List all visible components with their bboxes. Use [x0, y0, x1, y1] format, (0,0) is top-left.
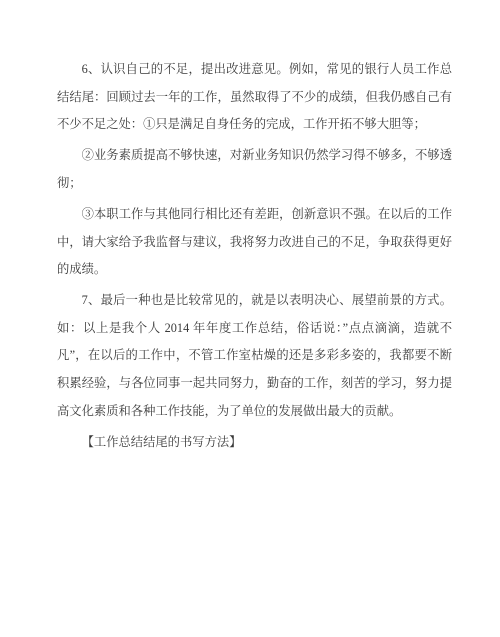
section-heading: 【工作总结结尾的书写方法】 — [57, 429, 452, 457]
paragraph-point-6-item-2: ②业务素质提高不够快速，对新业务知识仍然学习得不够多，不够透彻； — [57, 142, 452, 197]
paragraph-point-6-item-3: ③本职工作与其他同行相比还有差距，创新意识不强。在以后的工作中，请大家给予我监督… — [57, 201, 452, 284]
document-page: 6、认识自己的不足，提出改进意见。例如，常见的银行人员工作总结结尾：回顾过去一年… — [0, 0, 500, 637]
paragraph-point-6: 6、认识自己的不足，提出改进意见。例如，常见的银行人员工作总结结尾：回顾过去一年… — [57, 56, 452, 139]
paragraph-point-7: 7、最后一种也是比较常见的，就是以表明决心、展望前景的方式。如：以上是我个人 2… — [57, 287, 452, 425]
document-body: 6、认识自己的不足，提出改进意见。例如，常见的银行人员工作总结结尾：回顾过去一年… — [0, 0, 500, 456]
